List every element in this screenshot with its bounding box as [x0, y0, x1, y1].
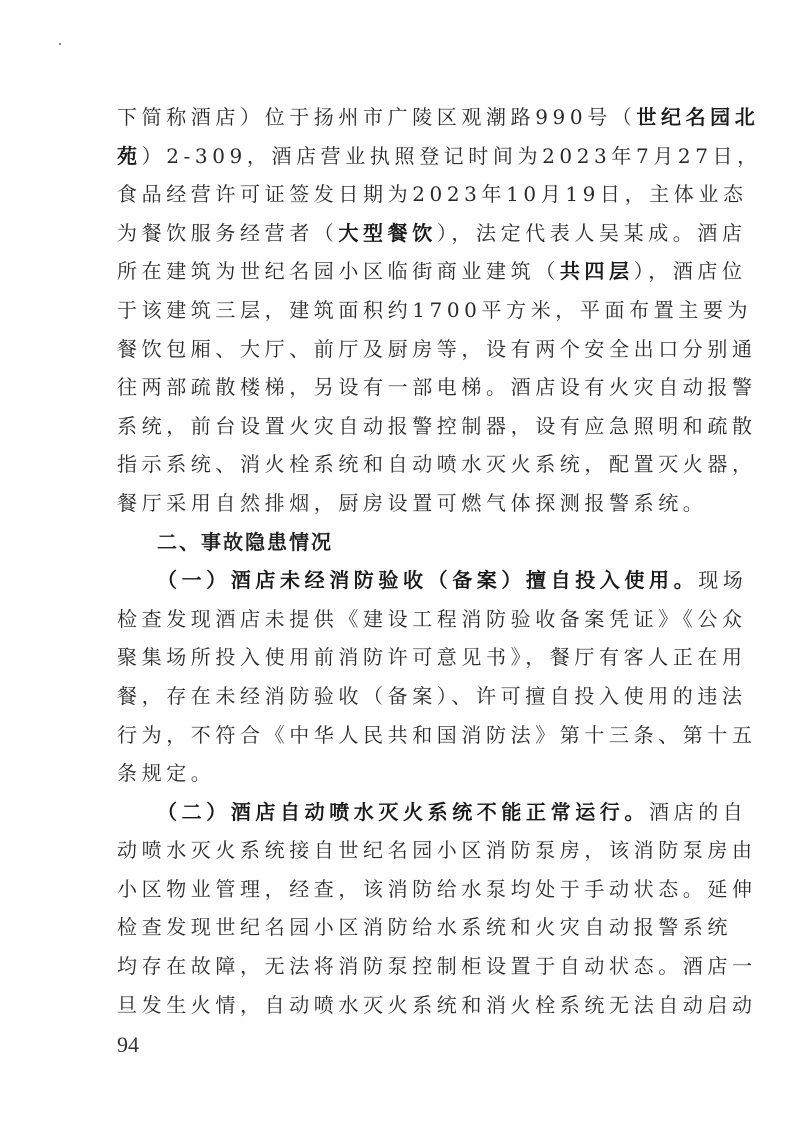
text-line: 条规定。: [117, 754, 677, 793]
text-run: 现场: [698, 568, 747, 592]
text-run: 旦发生火情，自动喷水灭火系统和消火栓系统无法自动启动: [117, 993, 757, 1017]
text-run: ）2-309，酒店营业执照登记时间为2023年7月27日，: [142, 144, 762, 168]
text-line: 所在建筑为世纪名园小区临街商业建筑（共四层），酒店位: [117, 252, 677, 291]
text-line: 餐厅采用自然排烟，厨房设置可燃气体探测报警系统。: [117, 484, 677, 523]
text-run: 餐厅采用自然排烟，厨房设置可燃气体探测报警系统。: [117, 491, 707, 515]
text-line: 动喷水灭火系统接自世纪名园小区消防泵房，该消防泵房由: [117, 831, 677, 870]
bold-text: 苑: [117, 144, 142, 168]
text-line: 均存在故障，无法将消防泵控制柜设置于自动状态。酒店一: [117, 947, 677, 986]
text-run: 小区物业管理，经查，该消防给水泵均处于手动状态。延伸: [117, 877, 757, 901]
text-line: 餐饮包厢、大厅、前厅及厨房等，设有两个安全出口分别通: [117, 330, 677, 369]
text-line: 行为，不符合《中华人民共和国消防法》第十三条、第十五: [117, 716, 677, 755]
text-line: 指示系统、消火栓系统和自动喷水灭火系统，配置灭火器，: [117, 445, 677, 484]
text-line: 检查发现世纪名园小区消防给水系统和火灾自动报警系统: [117, 908, 677, 947]
bold-text: 大型餐饮: [338, 221, 436, 245]
text-run: 酒店的自: [649, 800, 747, 824]
text-run: 二、事故隐患情况: [157, 530, 333, 554]
body-text: 下简称酒店）位于扬州市广陵区观潮路990号（世纪名园北苑）2-309，酒店营业执…: [117, 98, 677, 1024]
text-run: 行为，不符合《中华人民共和国消防法》第十三条、第十五: [117, 723, 757, 747]
text-run: 系统，前台设置火灾自动报警控制器，设有应急照明和疏散: [117, 414, 757, 438]
text-run: 检查发现世纪名园小区消防给水系统和火灾自动报警系统: [117, 915, 732, 939]
text-line: 往两部疏散楼梯，另设有一部电梯。酒店设有火灾自动报警: [117, 368, 677, 407]
text-run: 食品经营许可证签发日期为2023年10月19日，主体业态: [117, 182, 748, 206]
scan-speck: [59, 43, 61, 45]
section-heading: 二、事故隐患情况: [117, 523, 677, 562]
text-run: 均存在故障，无法将消防泵控制柜设置于自动状态。酒店一: [117, 954, 757, 978]
text-run: 餐饮包厢、大厅、前厅及厨房等，设有两个安全出口分别通: [117, 337, 757, 361]
bold-text: 世纪名园北: [636, 105, 759, 129]
text-line: 食品经营许可证签发日期为2023年10月19日，主体业态: [117, 175, 677, 214]
text-line: （二）酒店自动喷水灭火系统不能正常运行。酒店的自: [117, 793, 677, 832]
text-run: 下简称酒店）位于扬州市广陵区观潮路990号（: [117, 105, 636, 129]
text-line: 为餐饮服务经营者（大型餐饮），法定代表人吴某成。酒店: [117, 214, 677, 253]
text-line: 下简称酒店）位于扬州市广陵区观潮路990号（世纪名园北: [117, 98, 677, 137]
text-line: 餐，存在未经消防验收（备案）、许可擅自投入使用的违法: [117, 677, 677, 716]
text-line: 小区物业管理，经查，该消防给水泵均处于手动状态。延伸: [117, 870, 677, 909]
text-run: 往两部疏散楼梯，另设有一部电梯。酒店设有火灾自动报警: [117, 375, 757, 399]
bold-text: （一）酒店未经消防验收（备案）擅自投入使用。: [157, 568, 698, 592]
text-line: 检查发现酒店未提供《建设工程消防验收备案凭证》《公众: [117, 600, 677, 639]
text-run: 所在建筑为世纪名园小区临街商业建筑（: [117, 259, 560, 283]
text-run: 为餐饮服务经营者（: [117, 221, 338, 245]
text-line: 苑）2-309，酒店营业执照登记时间为2023年7月27日，: [117, 137, 677, 176]
text-line: 聚集场所投入使用前消防许可意见书》，餐厅有客人正在用: [117, 638, 677, 677]
text-run: 聚集场所投入使用前消防许可意见书》，餐厅有客人正在用: [117, 645, 747, 669]
text-line: 于该建筑三层，建筑面积约1700平方米，平面布置主要为: [117, 291, 677, 330]
page-number: 94: [117, 1032, 139, 1058]
bold-text: （二）酒店自动喷水灭火系统不能正常运行。: [157, 800, 649, 824]
bold-text: 共四层: [560, 259, 634, 283]
text-run: 检查发现酒店未提供《建设工程消防验收备案凭证》《公众: [117, 607, 747, 631]
text-run: 餐，存在未经消防验收（备案）、许可擅自投入使用的违法: [117, 684, 747, 708]
text-run: 动喷水灭火系统接自世纪名园小区消防泵房，该消防泵房由: [117, 838, 757, 862]
text-line: （一）酒店未经消防验收（备案）擅自投入使用。现场: [117, 561, 677, 600]
text-run: ），酒店位: [634, 259, 747, 283]
text-line: 旦发生火情，自动喷水灭火系统和消火栓系统无法自动启动: [117, 986, 677, 1025]
document-page: 下简称酒店）位于扬州市广陵区观潮路990号（世纪名园北苑）2-309，酒店营业执…: [0, 0, 793, 1121]
text-run: ），法定代表人吴某成。酒店: [437, 221, 747, 245]
text-run: 指示系统、消火栓系统和自动喷水灭火系统，配置灭火器，: [117, 452, 757, 476]
text-line: 系统，前台设置火灾自动报警控制器，设有应急照明和疏散: [117, 407, 677, 446]
text-run: 条规定。: [117, 761, 215, 785]
text-run: 于该建筑三层，建筑面积约1700平方米，平面布置主要为: [117, 298, 752, 322]
